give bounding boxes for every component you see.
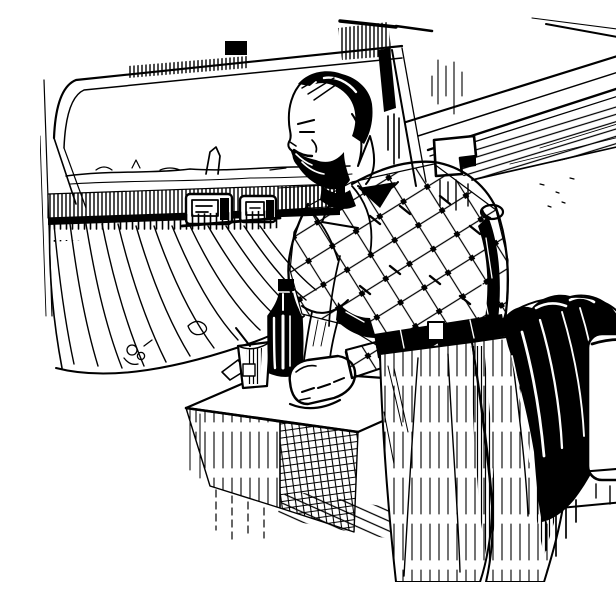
man-beard — [290, 148, 350, 189]
man-eye — [298, 120, 314, 132]
curtain-flower-pattern — [124, 321, 207, 364]
bottle-cork — [278, 279, 294, 291]
suitcase — [588, 334, 616, 504]
illustration-canvas — [40, 16, 616, 582]
window-top-latch — [225, 41, 247, 55]
man-hair — [298, 71, 373, 144]
illustration: Black-and-white pen-and-ink drawing: a b… — [40, 16, 616, 582]
stirrer — [236, 328, 250, 346]
belt-buckle — [428, 322, 444, 340]
